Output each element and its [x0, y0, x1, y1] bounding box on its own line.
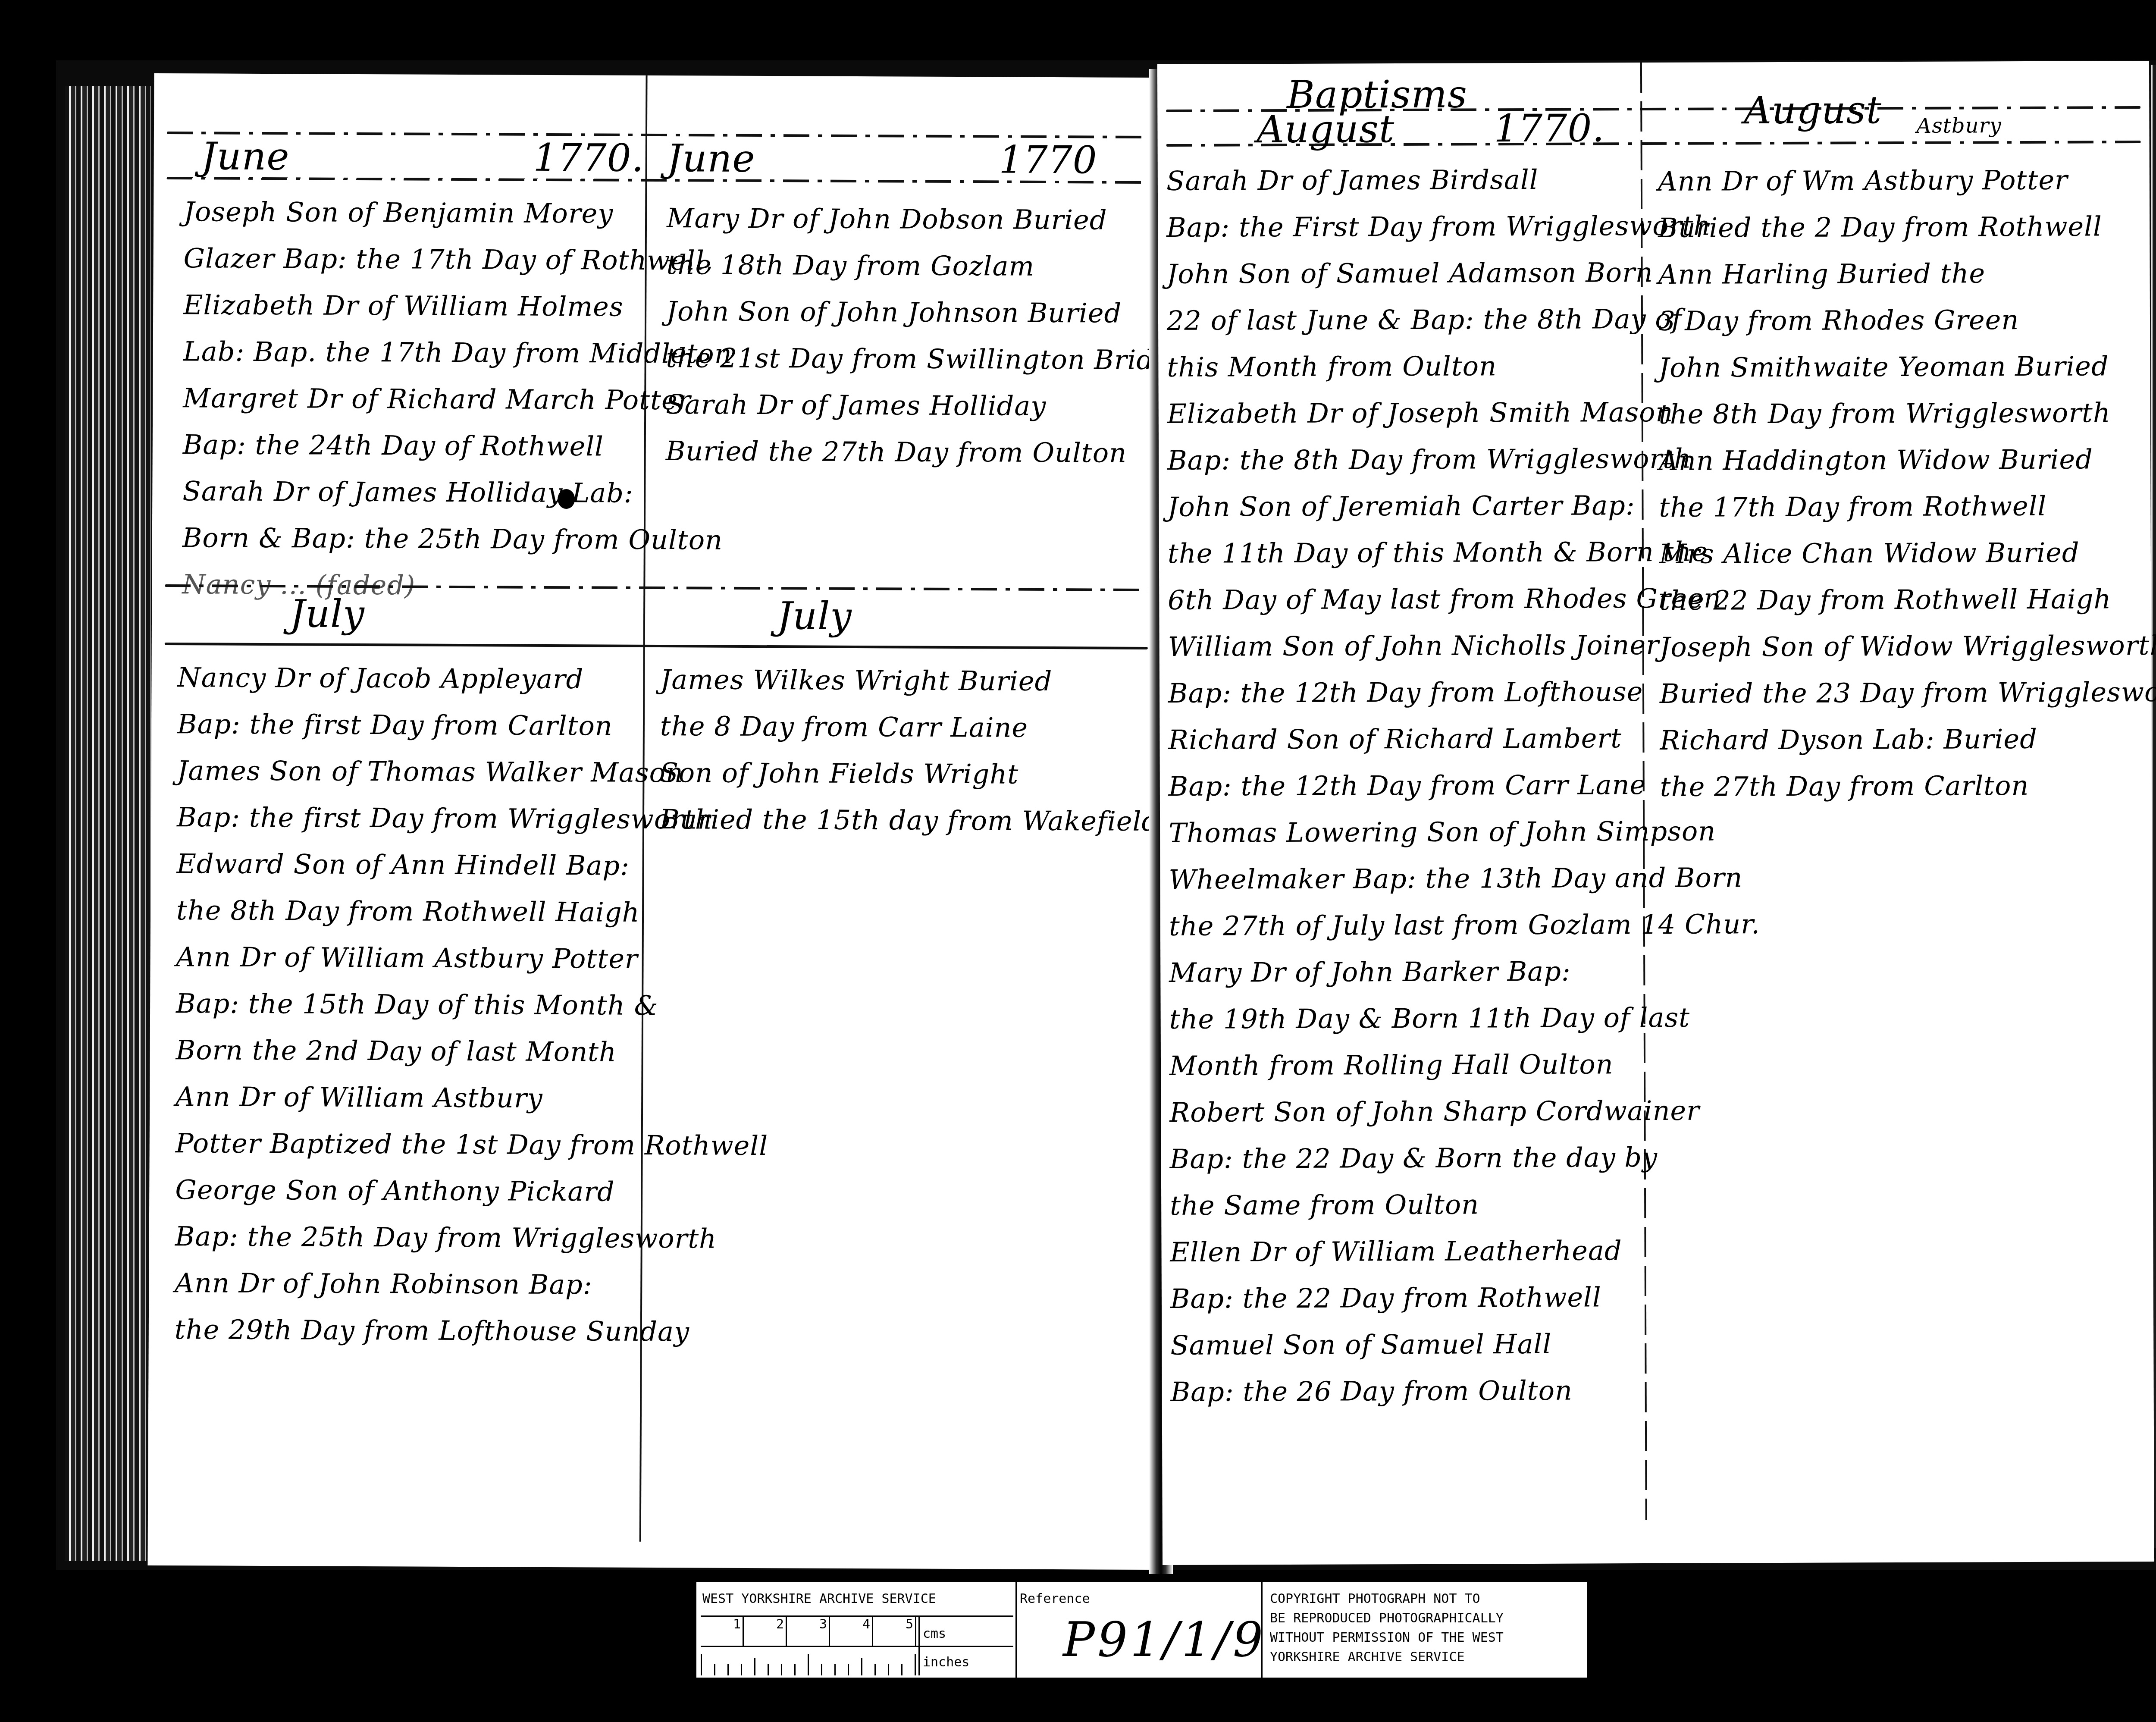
- ink-blot: [558, 489, 575, 509]
- inch-tick: [901, 1664, 903, 1675]
- inch-tick: [714, 1664, 715, 1675]
- register-entry-line: Potter Baptized the 1st Day from Rothwel…: [175, 1130, 768, 1159]
- inch-tick: [808, 1654, 809, 1675]
- year-heading: 1770.: [1494, 106, 1604, 151]
- register-entry-line: Bap: the 26 Day from Oulton: [1171, 1377, 1762, 1405]
- reference-number: P91/1/9: [1063, 1612, 1266, 1667]
- register-entry-line: Ann Dr of William Astbury Potter: [176, 944, 769, 973]
- inch-tick: [915, 1654, 916, 1675]
- archive-name: WEST YORKSHIRE ARCHIVE SERVICE: [702, 1591, 936, 1606]
- register-entry-line: Ann Harling Buried the: [1658, 260, 2156, 288]
- cm-scale-mark: 5: [873, 1617, 916, 1646]
- book-page-edges-left: [65, 86, 151, 1561]
- inch-tick: [848, 1664, 849, 1675]
- register-entry-line: the 17th Day from Rothwell: [1659, 492, 2156, 521]
- inch-tick: [874, 1664, 876, 1675]
- register-entry-line: Mary Dr of John Barker Bap:: [1169, 957, 1760, 986]
- register-entry-line: Ann Dr of William Astbury: [175, 1083, 768, 1113]
- copyright-line: YORKSHIRE ARCHIVE SERVICE: [1270, 1650, 1465, 1665]
- register-entry-line: Bap: the 22 Day & Born the day by: [1170, 1144, 1761, 1173]
- inch-tick: [727, 1664, 729, 1675]
- register-entry-line: the 19th Day & Born 11th Day of last: [1169, 1004, 1761, 1033]
- register-entry-line: the Same from Oulton: [1170, 1190, 1761, 1219]
- register-entry-line: George Son of Anthony Pickard: [175, 1176, 768, 1206]
- cm-scale-mark: 1: [701, 1617, 744, 1646]
- register-entry-line: Glazer Bap: the 17th Day of Rothwell,: [184, 245, 733, 274]
- cm-scale-mark: 2: [744, 1617, 787, 1646]
- register-entry-line: Margret Dr of Richard March Potter: [183, 385, 732, 414]
- register-entry-line: Mrs Alice Chan Widow Buried: [1659, 539, 2156, 568]
- cm-scale: 12345cms: [701, 1615, 1013, 1646]
- register-entry-line: Ann Dr of John Robinson Bap:: [175, 1270, 768, 1299]
- register-entry-line: Wheelmaker Bap: the 13th Day and Born: [1169, 864, 1760, 893]
- month-heading-june: June: [201, 134, 289, 179]
- register-entry-line: the 21st Day from Swillington Bridge: [666, 345, 1188, 373]
- margin-annotation: Astbury: [1916, 115, 2001, 136]
- june-baptisms-column: Joseph Son of Benjamin MoreyGlazer Bap: …: [182, 198, 733, 620]
- cm-scale-mark: 4: [830, 1617, 873, 1646]
- register-entry-line: John Smithwaite Yeoman Buried: [1658, 353, 2156, 381]
- register-entry-line: Samuel Son of Samuel Hall: [1170, 1330, 1761, 1359]
- inch-tick: [754, 1658, 755, 1675]
- inch-tick: [781, 1664, 782, 1675]
- register-entry-line: the 29th Day from Lofthouse Sunday: [175, 1316, 768, 1346]
- copyright-line: COPYRIGHT PHOTOGRAPH NOT TO: [1270, 1591, 1480, 1606]
- register-entry-line: Born the 2nd Day of last Month: [176, 1037, 769, 1066]
- copyright-line: BE REPRODUCED PHOTOGRAPHICALLY: [1270, 1611, 1504, 1626]
- year-heading-burials: 1770: [999, 137, 1097, 182]
- register-entry-line: Sarah Dr of James Holliday Lab:: [182, 478, 731, 507]
- register-entry-line: Buried the 27th Day from Oulton: [666, 438, 1188, 467]
- register-entry-line: Buried the 2 Day from Rothwell: [1658, 213, 2156, 242]
- august-burials-column: Ann Dr of Wm Astbury PotterBuried the 2 …: [1658, 166, 2156, 820]
- register-entry-line: Elizabeth Dr of William Holmes: [183, 292, 732, 321]
- register-entry-line: Bap: the 25th Day from Wrigglesworth: [175, 1223, 768, 1252]
- year-heading: 1770.: [533, 135, 644, 180]
- register-entry-line: Lab: Bap. the 17th Day from Middleton: [183, 338, 732, 367]
- register-entry-line: Bap: the 24th Day of Rothwell: [183, 431, 732, 461]
- archive-reference-label: WEST YORKSHIRE ARCHIVE SERVICE 12345cms …: [696, 1582, 1587, 1678]
- register-entry-line: the 8th Day from Rothwell Haigh: [176, 897, 769, 926]
- inch-tick: [701, 1654, 702, 1675]
- inch-tick: [768, 1664, 769, 1675]
- cm-scale-mark: 3: [787, 1617, 830, 1646]
- month-heading-july: July: [290, 591, 365, 636]
- inch-scale: inches: [701, 1646, 1013, 1675]
- register-entry-line: the 27th Day from Carlton: [1660, 772, 2156, 800]
- inch-tick: [888, 1664, 889, 1675]
- register-entry-line: Robert Son of John Sharp Cordwainer: [1169, 1097, 1761, 1126]
- inch-tick: [861, 1658, 862, 1675]
- register-entry-line: 3 Day from Rhodes Green: [1658, 306, 2156, 335]
- register-entry-line: Richard Dyson Lab: Buried: [1660, 725, 2156, 754]
- cm-unit-label: cms: [923, 1626, 946, 1641]
- register-entry-line: Born & Bap: the 25th Day from Oulton: [182, 524, 731, 554]
- month-heading-august: August: [1257, 107, 1395, 151]
- right-page: Baptisms August 1770. August Astbury Sar…: [1157, 61, 2154, 1565]
- register-entry-line: Thomas Lowering Son of John Simpson: [1169, 818, 1760, 847]
- register-entry-line: Sarah Dr of James Holliday: [666, 391, 1188, 420]
- register-entry-line: Month from Rolling Hall Oulton: [1169, 1051, 1761, 1079]
- register-entry-line: Bap: the 15th Day of this Month &: [176, 990, 769, 1019]
- register-entry-line: Mary Dr of John Dobson Buried: [667, 205, 1188, 234]
- register-entry-line: Ann Dr of Wm Astbury Potter: [1658, 166, 2156, 195]
- register-entry-line: Ann Haddington Widow Buried: [1659, 446, 2156, 474]
- scale-section: WEST YORKSHIRE ARCHIVE SERVICE 12345cms …: [696, 1582, 1017, 1678]
- register-entry-line: Joseph Son of Benjamin Morey: [184, 198, 733, 228]
- register-entry-line: Buried the 23 Day from Wrigglesworth: [1660, 679, 2156, 707]
- register-entry-line: Joseph Son of Widow Wrigglesworth: [1660, 632, 2156, 661]
- register-entry-line: the 22 Day from Rothwell Haigh: [1659, 586, 2156, 614]
- register-entry-line: Edward Son of Ann Hindell Bap:: [176, 850, 769, 880]
- inch-tick: [821, 1664, 822, 1675]
- left-page: June 1770. June 1770 Joseph Son of Benja…: [147, 73, 1163, 1570]
- copyright-line: WITHOUT PERMISSION OF THE WEST: [1270, 1630, 1504, 1645]
- register-entry-line: Ellen Dr of William Leatherhead: [1170, 1237, 1761, 1266]
- inch-tick: [741, 1664, 742, 1675]
- inch-tick: [794, 1664, 796, 1675]
- june-burials-column: Mary Dr of John Dobson Buriedthe 18th Da…: [665, 205, 1188, 486]
- register-entry-line: Bap: the 22 Day from Rothwell: [1170, 1283, 1761, 1312]
- register-entry-line: the 27th of July last from Gozlam 14 Chu…: [1169, 911, 1760, 940]
- register-entry-line: the 8th Day from Wrigglesworth: [1659, 399, 2156, 428]
- inch-unit-label: inches: [923, 1655, 969, 1670]
- july-bottom-rule: [165, 643, 1148, 649]
- inch-tick: [834, 1664, 836, 1675]
- reference-label: Reference: [1020, 1591, 1090, 1606]
- register-entry-line: the 18th Day from Gozlam: [666, 251, 1188, 280]
- register-entry-line: John Son of John Johnson Buried: [666, 298, 1188, 327]
- month-heading-july-burials: July: [777, 593, 852, 638]
- reference-section: Reference P91/1/9: [1015, 1582, 1263, 1678]
- month-heading-august-burials: August: [1744, 88, 1882, 132]
- month-heading-june-burials: June: [667, 136, 755, 181]
